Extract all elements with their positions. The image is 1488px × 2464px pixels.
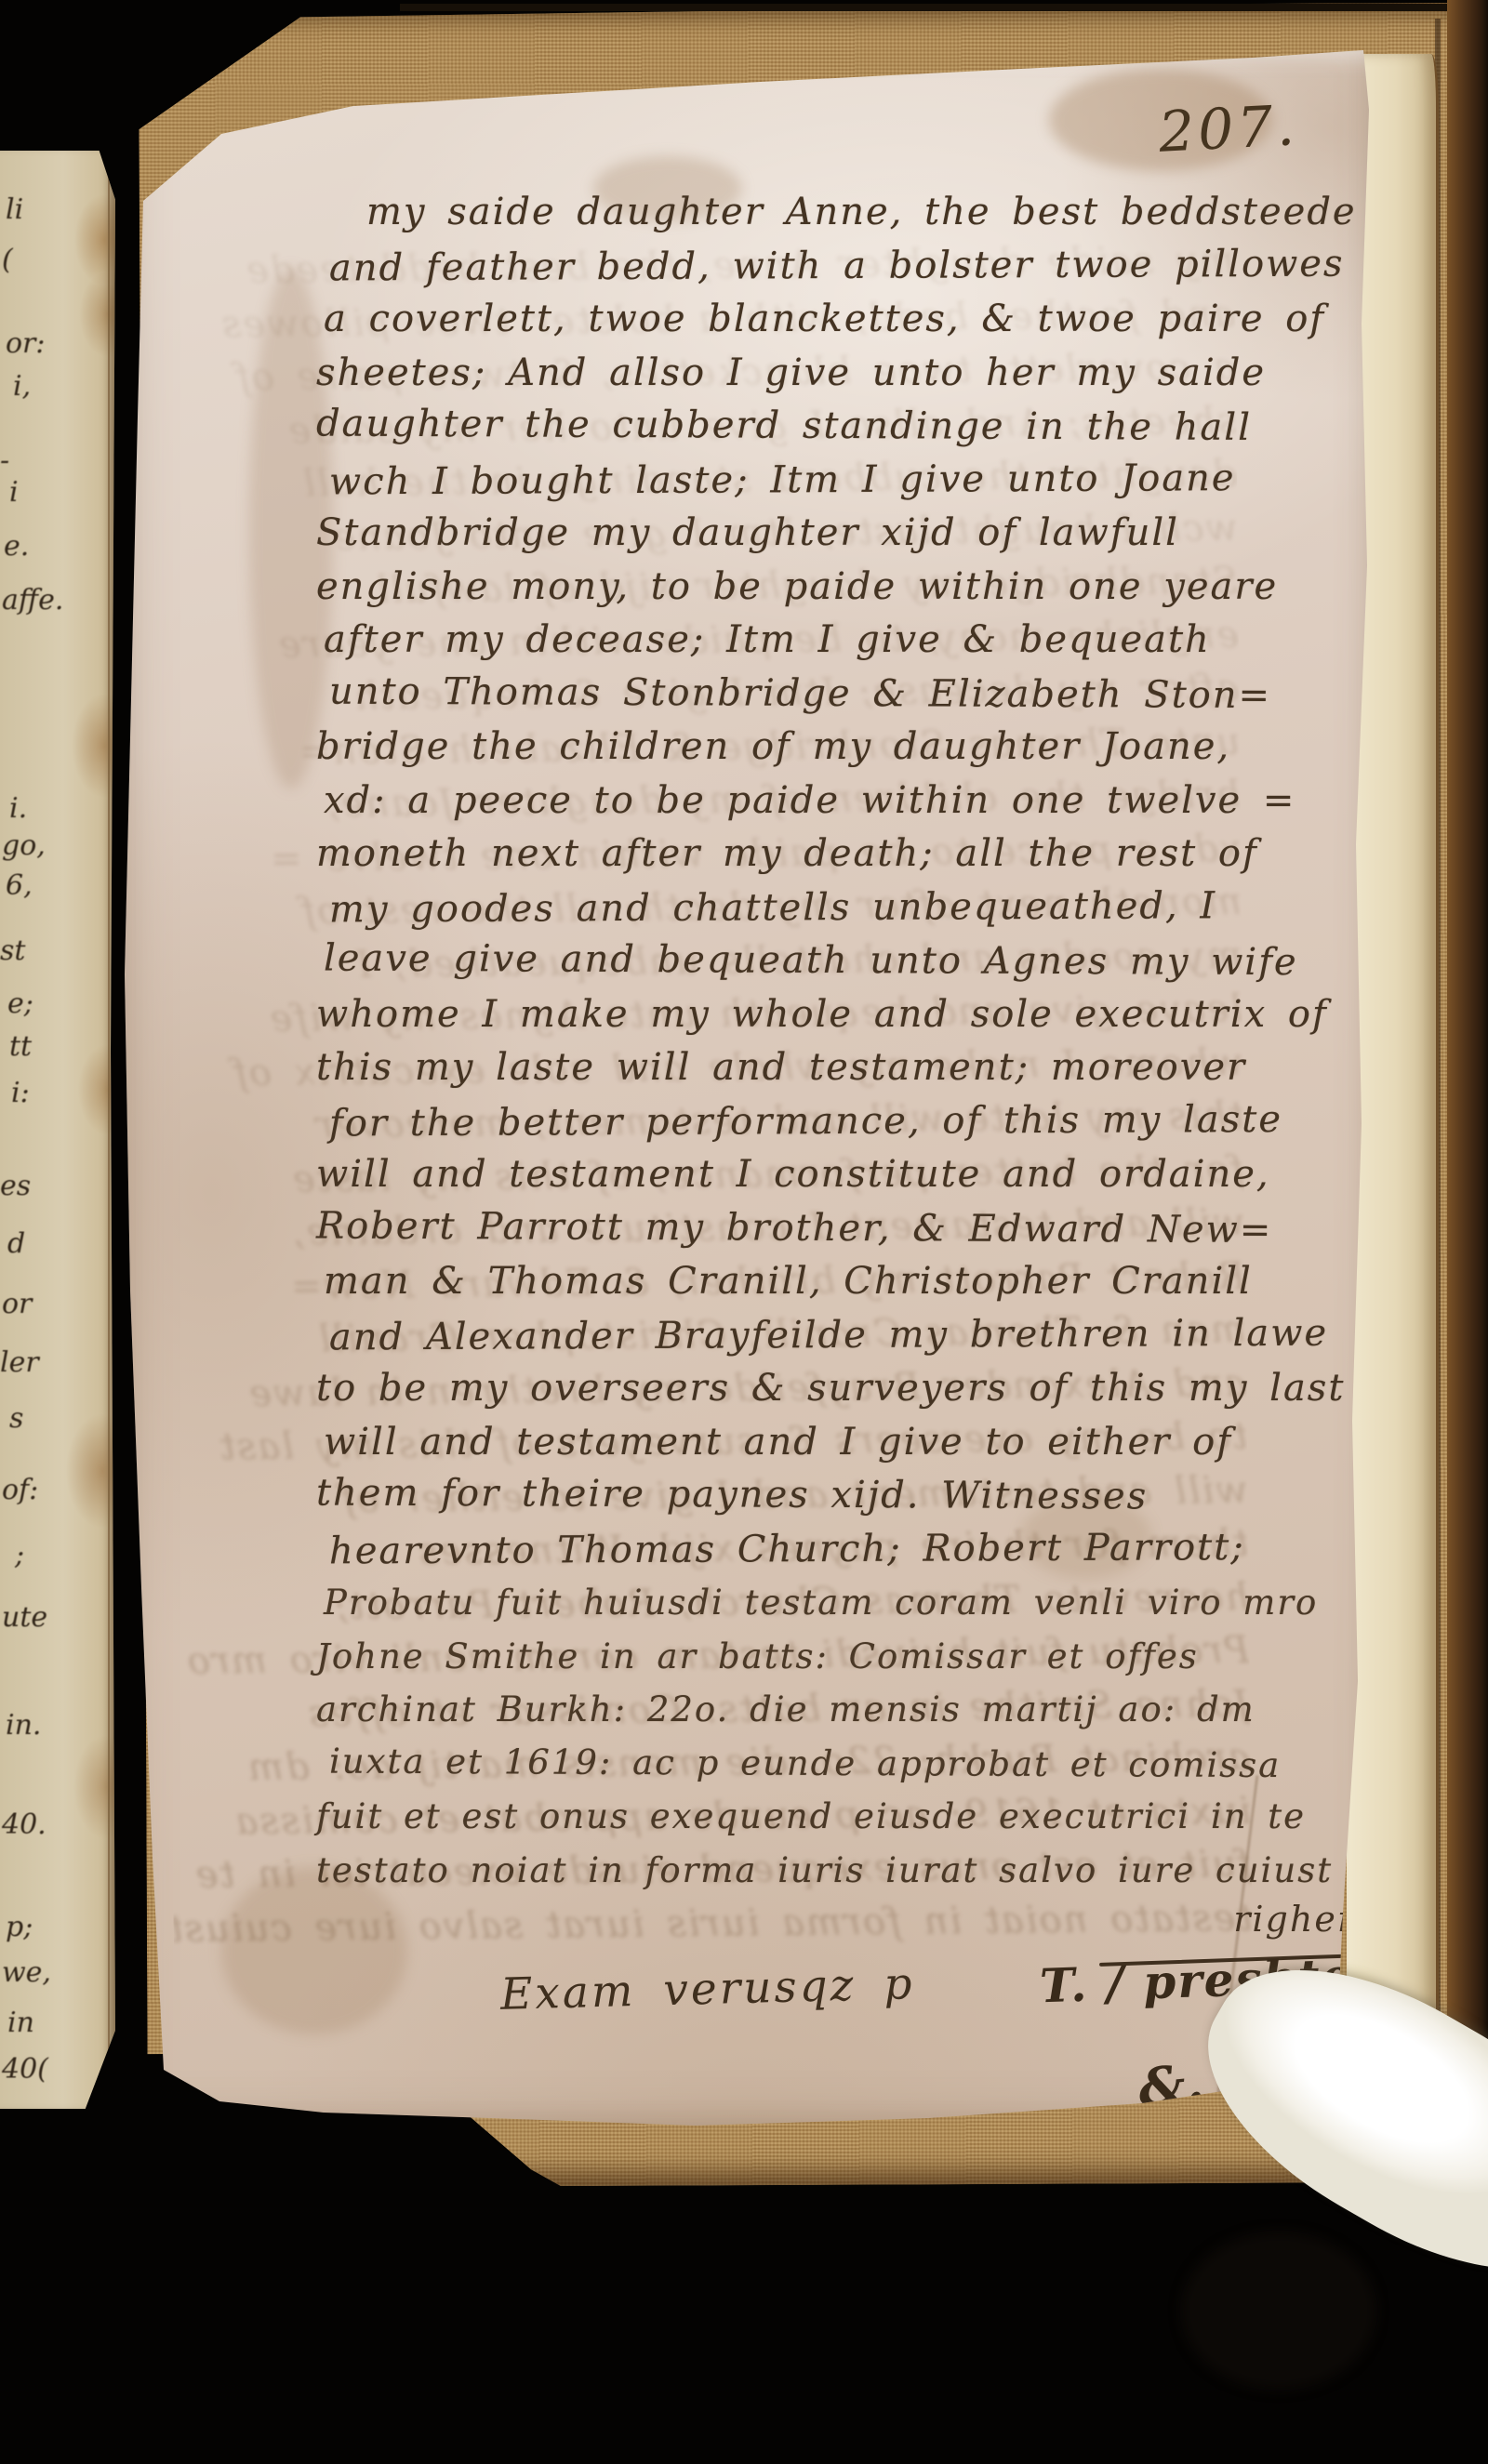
manuscript-line: Robert Parrott my brother, & Edward New=: [316, 1199, 1376, 1257]
manuscript-line: leave give and bequeath unto Agnes my wi…: [316, 933, 1376, 990]
manuscript-line: hearevnto Thomas Church; Robert Parrott;: [316, 1520, 1376, 1578]
manuscript-line: a coverlett, twoe blanckettes, & twoe pa…: [316, 293, 1376, 347]
ink-fragment: -: [0, 444, 9, 477]
ink-fragment: i,: [13, 370, 31, 403]
ink-fragment: go,: [2, 829, 46, 862]
manuscript-line: them for theire paynes xijd. Witnesses: [316, 1467, 1376, 1525]
ink-fragment: i: [9, 476, 19, 509]
page-number: 207.: [1157, 93, 1299, 166]
manuscript-photo: li(or:i,-ie.affe.i.go,6,ste;tti:esdorler…: [0, 0, 1488, 2464]
manuscript-line: my saide daughter Anne, the best beddste…: [316, 186, 1376, 240]
ink-fragment: affe.: [2, 584, 63, 616]
ink-fragment: ute: [2, 1601, 47, 1634]
ink-fragment: ler: [0, 1346, 39, 1379]
ink-fragment: 40.: [2, 1808, 46, 1841]
manuscript-line: archinat Burkh: 22o. die mensis martij a…: [316, 1683, 1376, 1737]
ink-fragment: (: [2, 244, 13, 276]
ink-fragment: p;: [6, 1911, 33, 1943]
manuscript-line: Johne Smithe in ar batts: Comissar et of…: [316, 1630, 1376, 1684]
ink-fragment: 6,: [6, 869, 33, 902]
ink-fragment: in: [7, 2007, 34, 2039]
ink-fragment: or:: [6, 327, 46, 360]
manuscript-line: unto Thomas Stonbridge & Elizabeth Ston=: [316, 665, 1376, 722]
manuscript-line: to be my overseers & surveyers of this m…: [316, 1362, 1376, 1416]
manuscript-line: my goodes and chattells unbequeathed, I: [316, 879, 1376, 936]
ink-fragment: we,: [2, 1956, 51, 1989]
cover-spine-edge: [1447, 0, 1488, 2185]
manuscript-line: moneth next after my death; all the rest…: [316, 828, 1376, 881]
ink-fragment: st: [0, 934, 25, 967]
manuscript-line: Standbridge my daughter xijd of lawfull: [316, 507, 1376, 561]
finger-shadow: [1181, 2232, 1376, 2390]
ink-fragment: es: [0, 1170, 31, 1202]
ink-fragment: tt: [9, 1030, 32, 1063]
ink-fragment: in.: [6, 1709, 41, 1742]
ink-fragment: 40(: [2, 2053, 48, 2086]
ink-fragment: li: [6, 193, 23, 226]
ink-fragment: s: [9, 1402, 23, 1435]
manuscript-line: englishe mony, to be paide within one ye…: [316, 561, 1376, 615]
facing-page-edge: li(or:i,-ie.affe.i.go,6,ste;tti:esdorler…: [0, 151, 115, 2109]
manuscript-line: man & Thomas Cranill, Christopher Cranil…: [316, 1255, 1376, 1309]
manuscript-line: this my laste will and testament; moreov…: [316, 1041, 1376, 1095]
manuscript-line: fuit et est onus exequend eiusde executr…: [316, 1790, 1376, 1844]
manuscript-line: xd: a peece to be paide within one twelv…: [316, 775, 1376, 828]
ink-fragment: e;: [7, 987, 33, 1020]
manuscript-line: wch I bought laste; Itm I give unto Joan…: [316, 451, 1376, 509]
ink-fragment: of:: [2, 1474, 38, 1506]
manuscript-line: and feather bedd, with a bolster twoe pi…: [316, 237, 1376, 295]
manuscript-line: daughter the cubberd standinge in the ha…: [316, 398, 1376, 456]
manuscript-line: sheetes; And allso I give unto her my sa…: [316, 347, 1376, 401]
ink-fragment: ;: [15, 1539, 24, 1571]
manuscript-line: whome I make my whole and sole executrix…: [316, 988, 1376, 1042]
manuscript-line: iuxta et 1619: ac p eunde approbat et co…: [316, 1734, 1376, 1792]
manuscript-line: and Alexander Brayfeilde my brethren in …: [316, 1306, 1376, 1364]
manuscript-line: after my decease; Itm I give & bequeath: [316, 614, 1376, 668]
manuscript-line: for the better performance, of this my l…: [316, 1093, 1376, 1150]
cover-top-edge: [400, 4, 1488, 11]
ink-fragment: e.: [4, 530, 29, 563]
manuscript-line: testato noiat in forma iuris iurat salvo…: [316, 1844, 1376, 1898]
probate-right-word: righer: [1049, 1899, 1356, 1940]
ink-fragment: or: [2, 1288, 32, 1320]
examination-note: Exam verusqz p: [499, 1958, 915, 2020]
ink-fragment: i:: [11, 1077, 30, 1109]
ink-fragment: d: [7, 1227, 25, 1260]
ink-fragment: i.: [9, 792, 27, 825]
manuscript-page: my saide daughter Anne, the best beddste…: [110, 45, 1382, 2135]
manuscript-line-list: my saide daughter Anne, the best beddste…: [316, 186, 1376, 1897]
manuscript-line: Probatu fuit huiusdi testam coram venli …: [316, 1576, 1376, 1630]
manuscript-text-block: my saide daughter Anne, the best beddste…: [316, 186, 1376, 1897]
manuscript-line: will and testament I constitute and orda…: [316, 1148, 1376, 1202]
manuscript-line: will and testament and I give to either …: [316, 1416, 1376, 1470]
manuscript-line: bridge the children of my daughter Joane…: [316, 721, 1376, 775]
